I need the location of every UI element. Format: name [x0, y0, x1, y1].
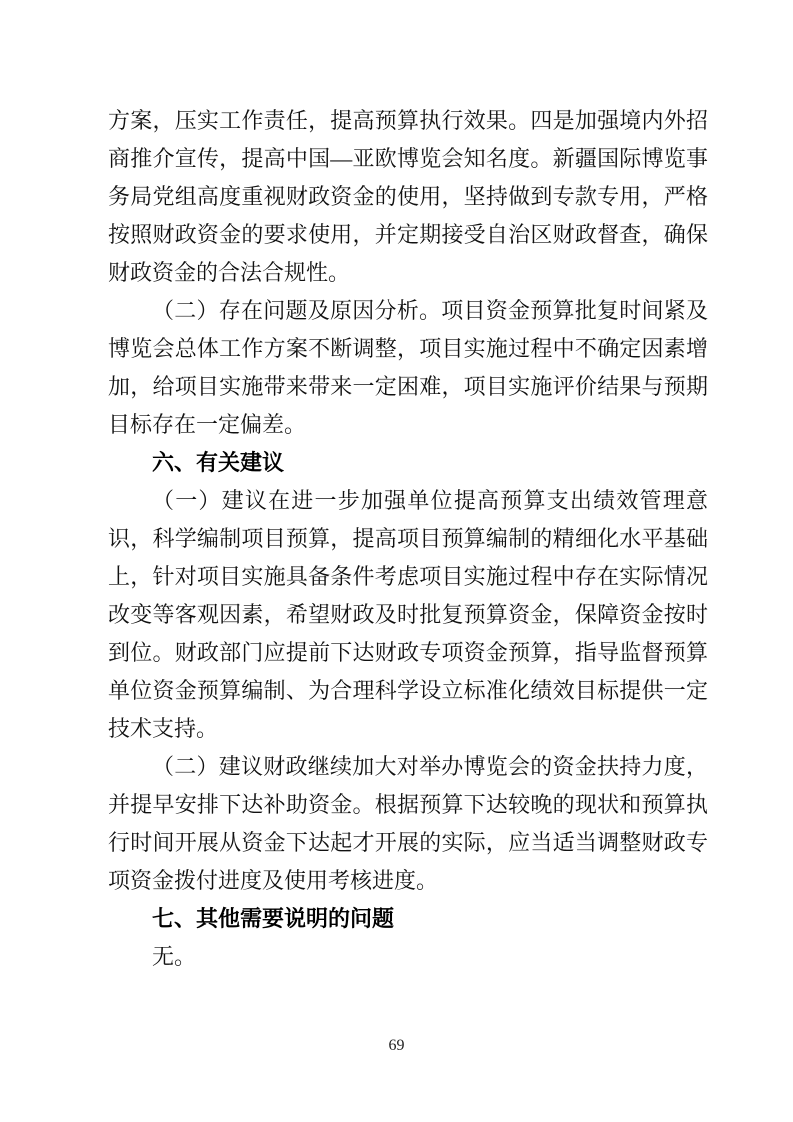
section-heading-other-issues: 七、其他需要说明的问题	[108, 900, 708, 938]
paragraph-suggestion-1: （一）建议在进一步加强单位提高预算支出绩效管理意识，科学编制项目预算，提高项目预…	[108, 482, 708, 748]
paragraph-continuation: 方案，压实工作责任，提高预算执行效果。四是加强境内外招商推介宣传，提高中国—亚欧…	[108, 102, 708, 292]
document-page: 方案，压实工作责任，提高预算执行效果。四是加强境内外招商推介宣传，提高中国—亚欧…	[0, 0, 793, 1122]
paragraph-none: 无。	[108, 938, 708, 976]
page-number: 69	[0, 1036, 793, 1056]
document-body: 方案，压实工作责任，提高预算执行效果。四是加强境内外招商推介宣传，提高中国—亚欧…	[108, 102, 708, 976]
paragraph-problems-analysis: （二）存在问题及原因分析。项目资金预算批复时间紧及博览会总体工作方案不断调整，项…	[108, 292, 708, 444]
section-heading-suggestions: 六、有关建议	[108, 444, 708, 482]
paragraph-suggestion-2: （二）建议财政继续加大对举办博览会的资金扶持力度，并提早安排下达补助资金。根据预…	[108, 748, 708, 900]
